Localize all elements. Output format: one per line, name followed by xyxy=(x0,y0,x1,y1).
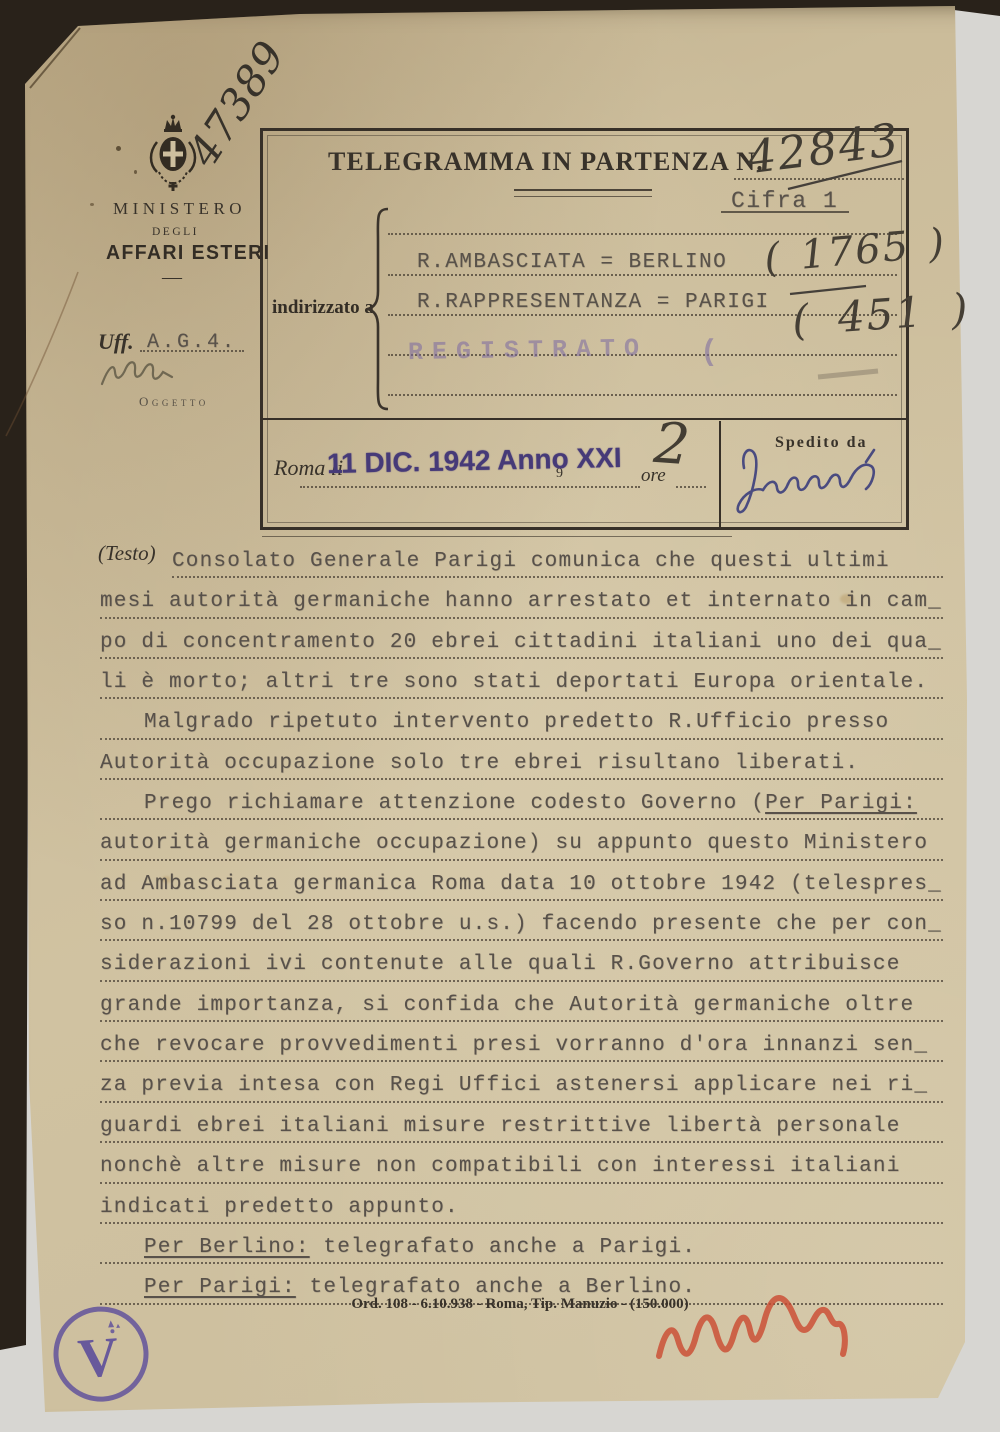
body-line: Per Berlino: telegrafato anche a Parigi. xyxy=(100,1224,943,1264)
typed-text: Autorità occupazione solo tre ebrei risu… xyxy=(100,752,859,775)
typed-text: li è morto; altri tre sono stati deporta… xyxy=(100,671,928,694)
stray-paren-mark: ( xyxy=(700,336,718,370)
body-line: za previa intesa con Regi Uffici astener… xyxy=(100,1062,943,1102)
addressed-to-label: indirizzato a xyxy=(272,297,374,319)
body-line: li è morto; altri tre sono stati deporta… xyxy=(100,659,943,699)
typed-text: mesi autorità germaniche hanno arrestato… xyxy=(100,590,942,613)
body-line: Consolato Generale Parigi comunica che q… xyxy=(172,538,943,578)
typed-text: so n.10799 del 28 ottobre u.s.) facendo … xyxy=(100,913,942,936)
registered-stamp: REGISTRATO xyxy=(408,334,649,367)
recipient-berlin: R.AMBASCIATA = BERLINO xyxy=(417,251,727,274)
body-line: ad Ambasciata germanica Roma data 10 ott… xyxy=(100,861,943,901)
typed-text: ad Ambasciata germanica Roma data 10 ott… xyxy=(100,873,942,896)
typed-text: siderazioni ivi contenute alle quali R.G… xyxy=(100,953,901,976)
sent-by-label: Spedito da xyxy=(775,434,867,452)
letterhead-dash: — xyxy=(162,266,182,289)
body-line: so n.10799 del 28 ottobre u.s.) facendo … xyxy=(100,901,943,941)
ministry-name-line3: AFFARI ESTERI xyxy=(106,242,270,265)
ink-speck xyxy=(116,146,121,151)
typed-text: indicati predetto appunto. xyxy=(100,1196,459,1219)
typed-text: nonchè altre misure non compatibili con … xyxy=(100,1155,901,1178)
typed-text: Consolato Generale Parigi comunica che q… xyxy=(172,550,890,573)
typed-text: autorità germaniche occupazione) su appu… xyxy=(100,832,928,855)
typed-text: telegrafato anche a Parigi. xyxy=(310,1236,696,1259)
fold-crease xyxy=(30,28,80,88)
oggetto-label: Oggetto xyxy=(139,394,209,410)
body-line: nonchè altre misure non compatibili con … xyxy=(100,1143,943,1183)
date-rule xyxy=(300,486,640,488)
handwritten-hour: 2 xyxy=(652,411,692,478)
body-line: po di concentramento 20 ebrei cittadini … xyxy=(100,619,943,659)
v-circular-stamp: V xyxy=(46,1298,157,1409)
recipient-paris: R.RAPPRESENTANZA = PARIGI xyxy=(417,291,770,314)
address-brace xyxy=(366,207,392,411)
ore-rule xyxy=(676,486,706,488)
body-line: Malgrado ripetuto intervento predetto R.… xyxy=(100,699,943,739)
body-line: guardi ebrei italiani misure restrittive… xyxy=(100,1103,943,1143)
body-line: grande importanza, si confida che Autori… xyxy=(100,982,943,1022)
v-stamp-letter: V xyxy=(76,1326,121,1391)
typed-text: Malgrado ripetuto intervento predetto R.… xyxy=(144,711,889,734)
body-line: Prego richiamare attenzione codesto Gove… xyxy=(100,780,943,820)
body-line: autorità germaniche occupazione) su appu… xyxy=(100,820,943,860)
date-stamp: 11 DIC. 1942 Anno XXI xyxy=(327,442,622,480)
typed-text: guardi ebrei italiani misure restrittive… xyxy=(100,1115,901,1138)
ministry-name-line2: DEGLI xyxy=(152,226,199,238)
typed-text: grande importanza, si confida che Autori… xyxy=(100,994,914,1017)
paper-crease xyxy=(6,272,78,436)
printer-imprint: Ord. 108 - 6.10.938 - Roma, Tip. Manuzio… xyxy=(260,1296,780,1313)
body-line: Autorità occupazione solo tre ebrei risu… xyxy=(100,740,943,780)
ink-speck xyxy=(134,170,137,174)
underlined-text: Per Parigi: xyxy=(765,792,917,815)
monogram-scribble xyxy=(102,362,172,384)
body-line: che revocare provvedimenti presi vorrann… xyxy=(100,1022,943,1062)
body-line: siderazioni ivi contenute alle quali R.G… xyxy=(100,941,943,981)
address-rule xyxy=(388,394,897,396)
header-box-bottom-rule xyxy=(262,536,732,537)
typed-text: za previa intesa con Regi Uffici astener… xyxy=(100,1074,928,1097)
office-label: Uff. xyxy=(98,329,134,355)
typed-text: po di concentramento 20 ebrei cittadini … xyxy=(100,631,942,654)
scanned-telegram-page: MINISTERO DEGLI AFFARI ESTERI — Uff. A.G… xyxy=(0,0,1000,1432)
cifra-underline xyxy=(721,211,849,213)
telegram-title: TELEGRAMMA IN PARTENZA N. xyxy=(328,147,764,177)
ink-speck xyxy=(90,203,94,206)
body-line: indicati predetto appunto. xyxy=(100,1184,943,1224)
office-rule xyxy=(140,350,244,352)
body-line: mesi autorità germaniche hanno arrestato… xyxy=(100,578,943,618)
typed-text: che revocare provvedimenti presi vorrann… xyxy=(100,1034,928,1057)
typed-text: Prego richiamare attenzione codesto Gove… xyxy=(144,792,765,815)
underlined-text: Per Berlino: xyxy=(144,1236,310,1259)
telegram-body: Consolato Generale Parigi comunica che q… xyxy=(100,538,943,1305)
ministry-name-line1: MINISTERO xyxy=(113,199,246,219)
